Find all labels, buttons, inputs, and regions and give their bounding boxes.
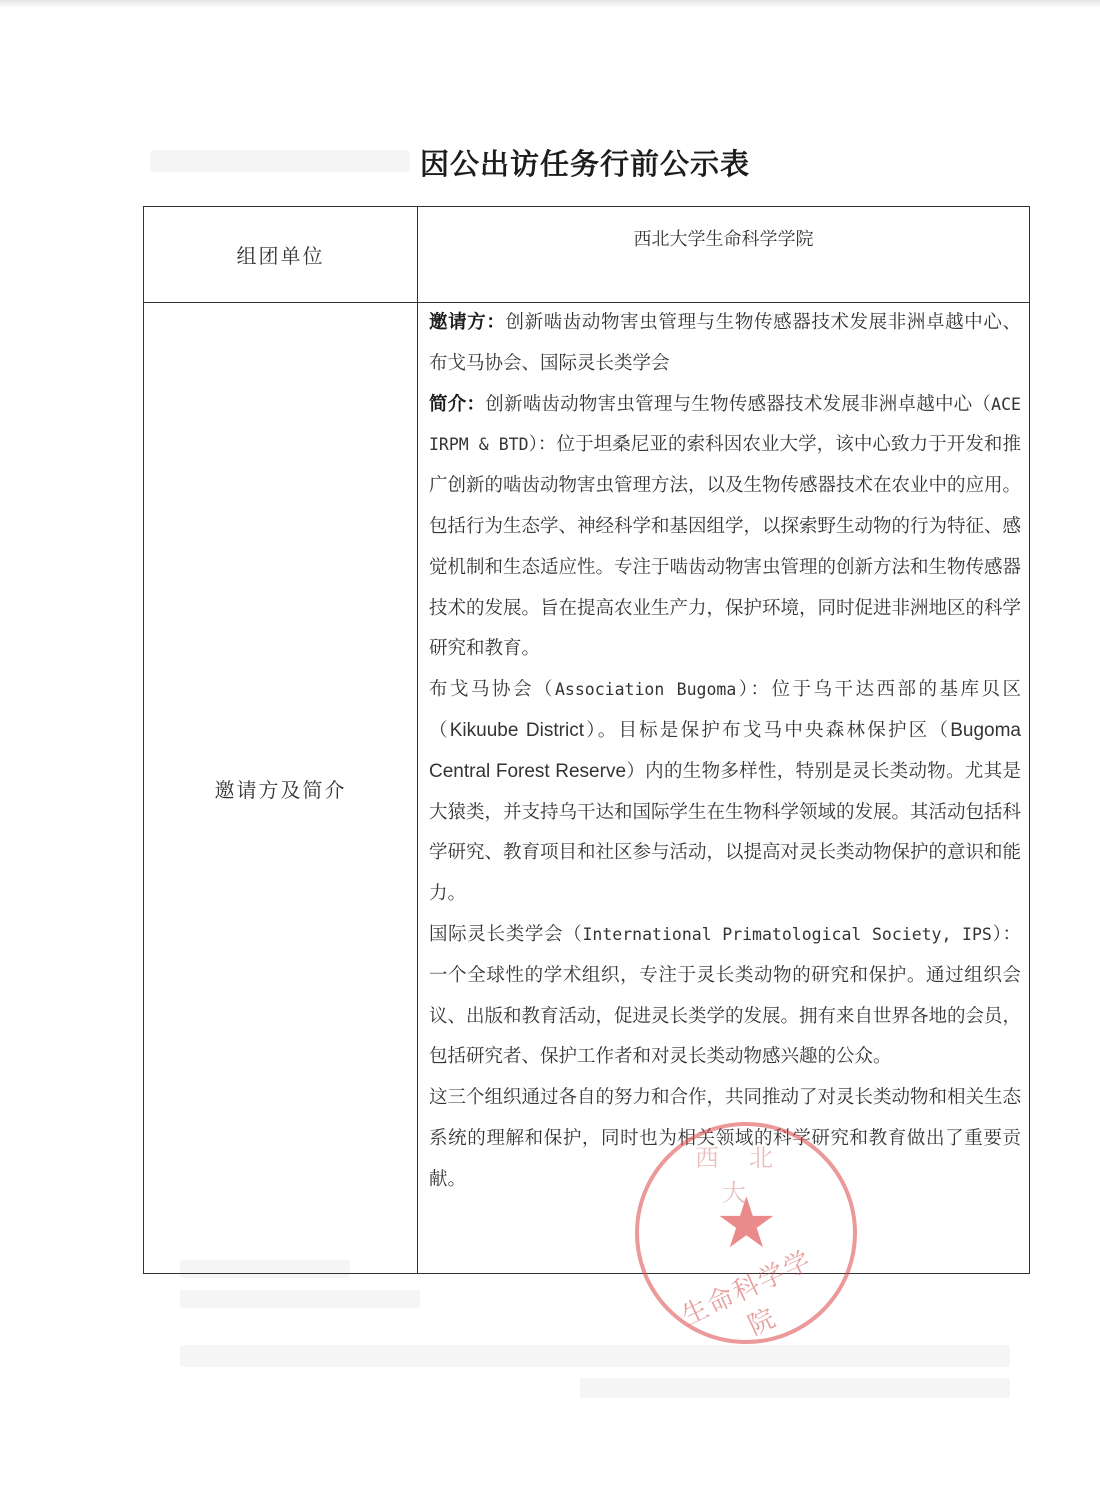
- bugoma-text: 布戈马协会（: [429, 679, 555, 700]
- scan-edge-shadow: [0, 0, 1100, 8]
- bleed-through-mark: [180, 1290, 420, 1308]
- inviter-text: 创新啮齿动物害虫管理与生物传感器技术发展非洲卓越中心、布戈马协会、国际灵长类学会: [429, 312, 1021, 374]
- inviter-intro-content: 邀请方：创新啮齿动物害虫管理与生物传感器技术发展非洲卓越中心、布戈马协会、国际灵…: [418, 303, 1030, 1274]
- ips-text-cont: ）：一个全球性的学术组织，专注于灵长类动物的研究和保护。通过组织会议、出版和教育…: [429, 924, 1021, 1067]
- organizing-unit-value: 西北大学生命科学学院: [418, 207, 1030, 303]
- summary-paragraph: 这三个组织通过各自的努力和合作，共同推动了对灵长类动物和相关生态系统的理解和保护…: [429, 1078, 1021, 1200]
- intro-bugoma-paragraph: 布戈马协会（Association Bugoma）：位于乌干达西部的基库贝区（K…: [429, 670, 1021, 915]
- organizing-unit-label: 组团单位: [144, 207, 418, 303]
- bugoma-text-cont2: ）。目标是保护布戈马中央森林保护区（: [584, 720, 950, 741]
- table-row-organizing-unit: 组团单位 西北大学生命科学学院: [144, 207, 1030, 303]
- intro-lead: 简介：: [429, 394, 485, 415]
- bleed-through-mark: [580, 1378, 1010, 1398]
- bugoma-latin-name: Association Bugoma: [555, 680, 736, 699]
- document-title: 因公出访任务行前公示表: [0, 142, 1100, 183]
- bleed-through-mark: [180, 1345, 1010, 1367]
- inviter-paragraph: 邀请方：创新啮齿动物害虫管理与生物传感器技术发展非洲卓越中心、布戈马协会、国际灵…: [429, 303, 1021, 385]
- bugoma-district: Kikuube District: [450, 720, 584, 741]
- intro-ace-paragraph: 简介：创新啮齿动物害虫管理与生物传感器技术发展非洲卓越中心（ACE IRPM &…: [429, 385, 1021, 671]
- ips-latin-name: International Primatological Society, IP…: [583, 925, 992, 944]
- ips-text: 国际灵长类学会（: [429, 924, 583, 945]
- inviter-lead: 邀请方：: [429, 312, 505, 333]
- table-row-inviter-intro: 邀请方及简介 邀请方：创新啮齿动物害虫管理与生物传感器技术发展非洲卓越中心、布戈…: [144, 303, 1030, 1274]
- intro-ips-paragraph: 国际灵长类学会（International Primatological Soc…: [429, 915, 1021, 1078]
- disclosure-table: 组团单位 西北大学生命科学学院 邀请方及简介 邀请方：创新啮齿动物害虫管理与生物…: [143, 206, 1030, 1274]
- inviter-intro-label: 邀请方及简介: [144, 303, 418, 1274]
- intro-ace-text-cont: ）：位于坦桑尼亚的索科因农业大学，该中心致力于开发和推广创新的啮齿动物害虫管理方…: [429, 434, 1021, 659]
- intro-ace-text: 创新啮齿动物害虫管理与生物传感器技术发展非洲卓越中心（: [485, 394, 991, 415]
- bugoma-text-cont3: ）内的生物多样性，特别是灵长类动物。尤其是大猿类，并支持乌干达和国际学生在生物科…: [429, 761, 1021, 904]
